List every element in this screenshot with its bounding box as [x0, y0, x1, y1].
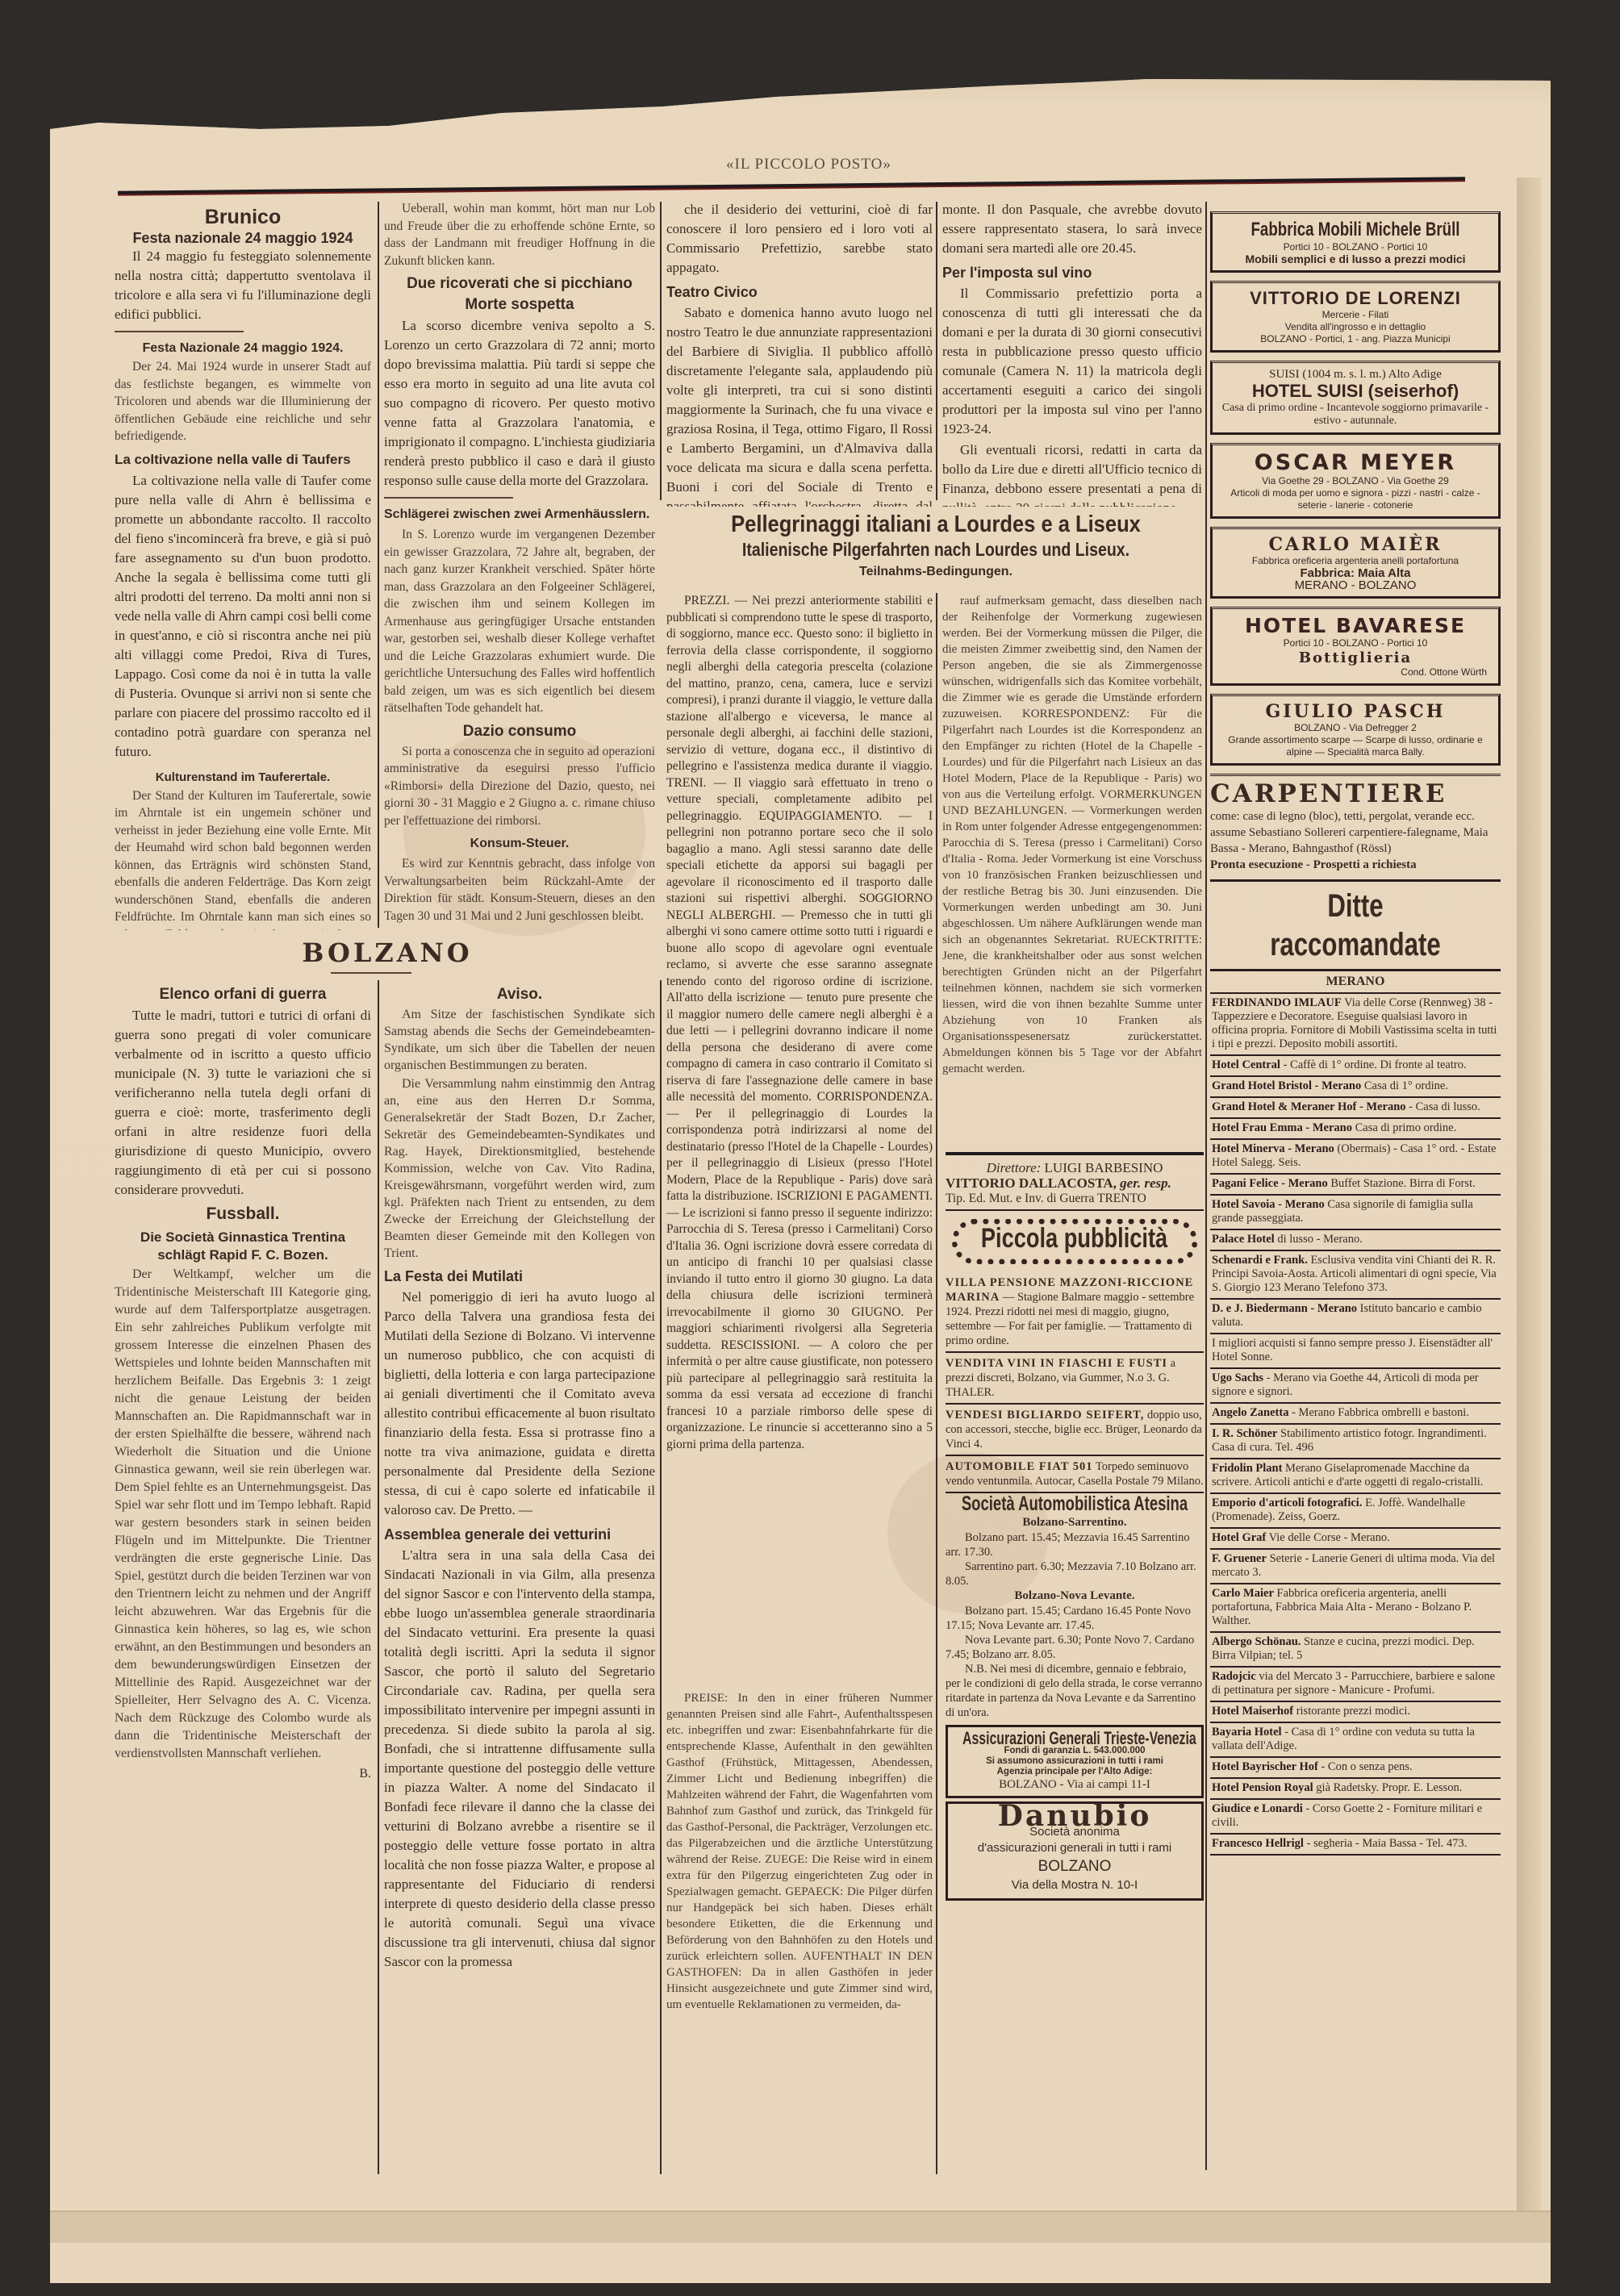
firm-listing: Radojcic via del Mercato 3 - Parrucchier… [1210, 1668, 1501, 1702]
firm-listing: Palace Hotel di lusso - Merano. [1210, 1230, 1501, 1251]
schedule-line: Bolzano part. 15.45; Mezzavia 16.45 Sarr… [946, 1530, 1204, 1559]
firm-listing: Albergo Schönau. Stanze e cucina, prezzi… [1210, 1633, 1501, 1668]
ad-name: HOTEL SUISI (seiserhof) [1216, 381, 1495, 402]
mutilati-title: La Festa dei Mutilati [384, 1267, 655, 1286]
firm-name: Emporio d'articoli fotografici. [1212, 1497, 1362, 1509]
route-2-schedule: Bolzano part. 15.45; Cardano 16.45 Ponte… [946, 1604, 1204, 1720]
firm-description: - Casa di lusso. [1409, 1100, 1480, 1113]
firm-name: Pagani Felice - Merano [1212, 1177, 1328, 1190]
ad-name: HOTEL BAVARESE [1216, 614, 1495, 637]
ad-line: SUISI (1004 m. s. l. m.) Alto Adige [1216, 368, 1495, 381]
small-ad: VENDITA VINI IN FIASCHI E FUSTI a prezzi… [946, 1353, 1204, 1405]
firm-name: Radojcic [1212, 1670, 1256, 1683]
firm-listing: Hotel Maiserhof ristorante prezzi modici… [1210, 1702, 1501, 1723]
firm-description: - Caffè di 1° ordine. Di fronte al teatr… [1284, 1058, 1467, 1071]
ad-line: BOLZANO - Portici, 1 - ang. Piazza Munic… [1216, 333, 1495, 345]
small-ads-banner: Piccola pubblicità [952, 1219, 1197, 1264]
firm-listing: I. R. Schöner Stabilimento artistico fot… [1210, 1425, 1501, 1459]
section-heading-bolzano: BOLZANO [113, 937, 662, 968]
pilgrimage-de-text-2: PREISE: In den in einer früheren Nummer … [666, 1690, 933, 2013]
recommended-firms-banner: Ditte raccomandate [1210, 879, 1501, 971]
ad-hotel-suisi: SUISI (1004 m. s. l. m.) Alto Adige HOTE… [1210, 361, 1501, 435]
insurance-address: BOLZANO - Via ai campi 11-I [951, 1777, 1198, 1793]
ad-line: Via Goethe 29 - BOLZANO - Via Goethe 29 [1216, 475, 1495, 487]
insurance-line: Agenzia principale per l'Alto Adige: [951, 1767, 1198, 1777]
orfani-title: Elenco orfani di guerra [115, 985, 371, 1004]
fussball-subtitle: Die Società Ginnastica Trentina schlägt … [115, 1229, 371, 1264]
firm-listing: Hotel Central - Caffè di 1° ordine. Di f… [1210, 1056, 1501, 1077]
ad-line: BOLZANO - Via Defregger 2 [1216, 722, 1495, 734]
danubio-line: Società anonima [953, 1824, 1196, 1840]
firm-listing: Pagani Felice - Merano Buffet Stazione. … [1210, 1175, 1501, 1196]
firm-listing: FERDINANDO IMLAUF Via delle Corse (Rennw… [1210, 994, 1501, 1056]
firm-description: Casa di primo ordine. [1355, 1121, 1457, 1134]
orfani-text: Tutte le madri, tuttori e tutrici di orf… [115, 1006, 371, 1200]
pilgrimage-title-de: Italienische Pilgerfahrten nach Lourdes … [710, 538, 1163, 561]
schlaegerei-text: In S. Lorenzo wurde im vergangenen Dezem… [384, 526, 655, 717]
small-ad: VENDESI BIGLIARDO SEIFERT, doppio uso, c… [946, 1405, 1204, 1456]
divider [115, 331, 244, 332]
ueberall-text: Ueberall, wohin man kommt, hört man nur … [384, 200, 655, 269]
manager-name: VITTORIO DALLACOSTA, [946, 1175, 1117, 1191]
printer-line: Tip. Ed. Mut. e Inv. di Guerra TRENTO [946, 1191, 1204, 1211]
firm-listing: Schenardi e Frank. Esclusiva vendita vin… [1210, 1251, 1501, 1300]
mutilati-text: Nel pomeriggio di ieri ha avuto luogo al… [384, 1288, 655, 1520]
kulturenstand-text: Der Stand der Kulturen im Tauferertale, … [115, 787, 371, 931]
danubio-city: BOLZANO [953, 1856, 1196, 1877]
imposta-text-2: Gli eventuali ricorsi, redatti in carta … [942, 440, 1202, 507]
firm-listing: Hotel Minerva - Merano (Obermais) - Casa… [1210, 1140, 1501, 1175]
ad-text: come: case di legno (bloc), tetti, pergo… [1210, 808, 1501, 857]
route-1-schedule: Bolzano part. 15.45; Mezzavia 16.45 Sarr… [946, 1530, 1204, 1588]
ad-line: Fabbrica: Maia Alta [1216, 567, 1495, 579]
ad-line: Mercerie - Filati [1216, 309, 1495, 321]
ad-bruell: Fabbrica Mobili Michele Brüll Portici 10… [1210, 211, 1501, 273]
aviso-text-1: Am Sitze der faschistischen Syndikate si… [384, 1006, 655, 1074]
firm-listing: I migliori acquisti si fanno sempre pres… [1210, 1334, 1501, 1369]
firm-name: Hotel Savoia - Merano [1212, 1198, 1325, 1211]
bus-company-title: Società Automobilistica Atesina [955, 1497, 1194, 1512]
firm-name: Palace Hotel [1212, 1233, 1275, 1246]
col4-text: monte. Il don Pasquale, che avrebbe dovu… [942, 200, 1202, 258]
firm-name: Grand Hotel Bristol - Merano [1212, 1079, 1361, 1092]
ad-line: Cond. Ottone Würth [1216, 666, 1495, 678]
firm-description: ristorante prezzi modici. [1296, 1705, 1410, 1718]
firm-name: Bayaria Hotel [1212, 1726, 1282, 1739]
imposta-title: Per l'imposta sul vino [942, 263, 1202, 282]
ad-line: Fabbrica oreficeria argenteria anelli po… [1216, 555, 1495, 567]
fussball-text: Der Weltkampf, welcher um die Tridentini… [115, 1266, 371, 1763]
director-name: LUIGI BARBESINO [1045, 1160, 1163, 1175]
firm-listing: Carlo Maier Fabbrica oreficeria argenter… [1210, 1584, 1501, 1633]
brunico-title: Brunico [115, 205, 371, 229]
firm-name: I. R. Schöner [1212, 1427, 1277, 1440]
insurance-ad-danubio: Danubio Società anonima d'assicurazioni … [946, 1801, 1204, 1901]
firm-name: FERDINANDO IMLAUF [1212, 996, 1342, 1009]
firm-name: Hotel Graf [1212, 1531, 1266, 1544]
pilgrimage-it-text: PREZZI. — Nei prezzi anteriormente stabi… [666, 593, 933, 1453]
firm-name: Hotel Bayrischer Hof [1212, 1760, 1318, 1773]
manager-role: ger. resp. [1120, 1175, 1171, 1191]
ad-hotel-bavarese: HOTEL BAVARESE Portici 10 - BOLZANO - Po… [1210, 607, 1501, 686]
column-divider [660, 980, 662, 2174]
firm-listing: Grand Hotel Bristol - Merano Casa di 1° … [1210, 1077, 1501, 1098]
heading-underline [331, 972, 411, 974]
ad-subtitle: Bottiglieria [1216, 649, 1495, 666]
ad-line: Grande assortimento scarpe — Scarpe di l… [1216, 734, 1495, 758]
divider [384, 497, 513, 499]
coltivazione-title: La coltivazione nella valle di Taufers [115, 450, 371, 470]
aviso-text-2: Die Versammlung nahm einstimmig den Antr… [384, 1075, 655, 1262]
ad-de-lorenzi: VITTORIO DE LORENZI Mercerie - Filati Ve… [1210, 281, 1501, 353]
schedule-line: Bolzano part. 15.45; Cardano 16.45 Ponte… [946, 1604, 1204, 1633]
column-4-lower: Direttore: LUIGI BARBESINO VITTORIO DALL… [946, 1152, 1204, 1901]
teatro-title: Teatro Civico [666, 282, 933, 302]
firm-name: Hotel Maiserhof [1212, 1705, 1293, 1718]
city-heading: MERANO [1210, 971, 1501, 994]
small-ads-title: Piccola pubblicità [981, 1231, 1167, 1246]
firm-name: D. e J. Biedermann - Merano [1212, 1302, 1357, 1315]
ricoverati-text: La scorso dicembre veniva sepolto a S. L… [384, 316, 655, 491]
firm-listing: F. Gruener Seterie - Lanerie Generi di u… [1210, 1550, 1501, 1584]
ad-name: CARLO MAIÈR [1216, 534, 1495, 555]
firm-name: Giudice e Lonardi [1212, 1802, 1303, 1815]
danubio-name: Danubio [953, 1809, 1196, 1824]
firm-listing: Bayaria Hotel - Casa di 1° ordine con ve… [1210, 1723, 1501, 1758]
festa-de-text: Der 24. Mai 1924 wurde in unserer Stadt … [115, 358, 371, 445]
schedule-note: N.B. Nei mesi di dicembre, gennaio e feb… [946, 1662, 1204, 1720]
firm-name: Grand Hotel & Meraner Hof - Merano [1212, 1100, 1406, 1113]
firm-name: Albergo Schönau. [1212, 1635, 1301, 1648]
brunico-text: Il 24 maggio fu festeggiato solennemente… [115, 247, 371, 324]
firm-name: Hotel Central [1212, 1058, 1280, 1071]
director-label: Direttore: [987, 1160, 1042, 1175]
teatro-text: Sabato e domenica hanno avuto luogo nel … [666, 303, 933, 507]
schedule-line: Sarrentino part. 6.30; Mezzavia 7.10 Bol… [946, 1559, 1204, 1588]
ad-line: Portici 10 - BOLZANO - Portici 10 [1216, 637, 1495, 649]
firm-description: - Merano Fabbrica ombrelli e bastoni. [1292, 1406, 1469, 1419]
ad-carlo-maier: CARLO MAIÈR Fabbrica oreficeria argenter… [1210, 527, 1501, 599]
pilgrimage-headline: Pellegrinaggi italiani a Lourdes e a Lis… [670, 511, 1202, 583]
ricoverati-subtitle: Morte sospetta [384, 295, 655, 315]
firm-listing: Fridolin Plant Merano Giselapromenade Ma… [1210, 1459, 1501, 1494]
vetturini-end-text: che il desiderio dei vetturini, cioè di … [666, 200, 933, 278]
ad-giulio-pasch: GIULIO PASCH BOLZANO - Via Defregger 2 G… [1210, 694, 1501, 766]
ad-name: OSCAR MEYER [1216, 450, 1495, 475]
ad-name: VITTORIO DE LORENZI [1216, 288, 1495, 309]
dazio-text: Si porta a conoscenza che in seguito ad … [384, 743, 655, 830]
firm-name: Hotel Minerva - Merano [1212, 1142, 1334, 1155]
firm-description: I migliori acquisti si fanno sempre pres… [1212, 1337, 1493, 1363]
manager-line: VITTORIO DALLACOSTA, ger. resp. [946, 1175, 1204, 1191]
pilgrimage-subtitle: Teilnahms-Bedingungen. [670, 561, 1202, 583]
ad-line: Mobili semplici e di lusso a prezzi modi… [1216, 253, 1495, 265]
firm-listing: Ugo Sachs - Merano via Goethe 44, Artico… [1210, 1369, 1501, 1404]
column-divider [378, 202, 379, 928]
small-ad: AUTOMOBILE FIAT 501 Torpedo seminuovo ve… [946, 1456, 1204, 1493]
aviso-title: Aviso. [384, 985, 655, 1004]
coltivazione-text: La coltivazione nella valle di Taufer co… [115, 471, 371, 762]
pilgrimage-de-continued: PREISE: In den in einer früheren Nummer … [666, 1690, 933, 2174]
column-divider [1205, 202, 1207, 2170]
firm-listing: Grand Hotel & Meraner Hof - Merano - Cas… [1210, 1098, 1501, 1119]
firm-name: Schenardi e Frank. [1212, 1254, 1308, 1267]
schlaegerei-title: Schlägerei zwischen zwei Armenhäusslern. [384, 505, 655, 524]
bolzano-col-1: Elenco orfani di guerra Tutte le madri, … [115, 980, 371, 2174]
small-ad-name: AUTOMOBILE FIAT 501 [946, 1460, 1093, 1473]
ad-name: Fabbrica Mobili Michele Brüll [1246, 219, 1464, 241]
danubio-address: Via della Mostra N. 10-I [953, 1877, 1196, 1893]
pilgrimage-de-text: rauf aufmerksam gemacht, dass dieselben … [942, 593, 1202, 1077]
firm-listing: D. e J. Biedermann - Merano Istituto ban… [1210, 1300, 1501, 1334]
firm-name: Carlo Maier [1212, 1587, 1274, 1600]
firm-listing: Hotel Savoia - Merano Casa signorile di … [1210, 1196, 1501, 1230]
firm-name: Francesco Hellrigl [1212, 1837, 1304, 1850]
imposta-text-1: Il Commissario prefettizio porta a conos… [942, 284, 1202, 439]
ad-line: MERANO - BOLZANO [1216, 579, 1495, 591]
schedule-line: Nova Levante part. 6.30; Ponte Novo 7. C… [946, 1633, 1204, 1662]
column-3-top: che il desiderio dei vetturini, cioè di … [666, 200, 933, 507]
firm-listings: FERDINANDO IMLAUF Via delle Corse (Rennw… [1210, 994, 1501, 1856]
firm-listing: Angelo Zanetta - Merano Fabbrica ombrell… [1210, 1404, 1501, 1425]
danubio-line: d'assicurazioni generali in tutti i rami [953, 1840, 1196, 1856]
page-bottom-edge [50, 2210, 1551, 2243]
ad-line: Vendita all'ingrosso e in dettaglio [1216, 321, 1495, 333]
pilgrimage-left-col: PREZZI. — Nei prezzi anteriormente stabi… [666, 593, 933, 1690]
kulturenstand-title: Kulturenstand im Tauferertale. [115, 768, 371, 787]
firm-name: Fridolin Plant [1212, 1462, 1282, 1475]
bolzano-col-2: Aviso. Am Sitze der faschistischen Syndi… [384, 980, 655, 2174]
brunico-subtitle: Festa nazionale 24 maggio 1924 [115, 229, 371, 247]
small-ad: VILLA PENSIONE MAZZONI-RICCIONE MARINA —… [946, 1272, 1204, 1353]
ricoverati-title: Due ricoverati che si picchiano [384, 274, 655, 294]
ad-name: CARPENTIERE [1210, 779, 1501, 808]
firm-description: - Con o senza pens. [1321, 1760, 1412, 1773]
pilgrimage-title-it: Pellegrinaggi italiani a Lourdes e a Lis… [702, 511, 1171, 538]
ad-footer: Pronta esecuzione - Prospetti a richiest… [1210, 857, 1501, 873]
page-fold-shadow [1517, 177, 1541, 2243]
advertisement-column: Fabbrica Mobili Michele Brüll Portici 10… [1210, 211, 1501, 1856]
assemblea-text: L'altra sera in una sala della Casa dei … [384, 1546, 655, 1972]
firm-description: già Radetsky. Propr. E. Lesson. [1316, 1781, 1462, 1794]
festa-de-title: Festa Nazionale 24 maggio 1924. [115, 339, 371, 358]
firm-description: Buffet Stazione. Birra di Forst. [1330, 1177, 1475, 1190]
insurance-name: Assicurazioni Generali Trieste-Venezia [962, 1730, 1187, 1746]
column-4-top: monte. Il don Pasquale, che avrebbe dovu… [942, 200, 1202, 507]
firm-listing: Francesco Hellrigl - segheria - Maia Bas… [1210, 1835, 1501, 1856]
ad-carpentiere: CARPENTIERE come: case di legno (bloc), … [1210, 774, 1501, 873]
column-divider [936, 593, 937, 2174]
firm-name: Angelo Zanetta [1212, 1406, 1288, 1419]
ad-line: Casa di primo ordine - Incantevole soggi… [1216, 402, 1495, 428]
firm-listing: Hotel Frau Emma - Merano Casa di primo o… [1210, 1119, 1501, 1140]
route-1-title: Bolzano-Sarrentino. [946, 1515, 1204, 1530]
column-divider [378, 980, 379, 2174]
route-2-title: Bolzano-Nova Levante. [946, 1588, 1204, 1604]
insurance-line: Si assumono assicurazioni in tutti i ram… [951, 1756, 1198, 1767]
column-2: Ueberall, wohin man kommt, hört man nur … [384, 200, 655, 930]
firm-name: Hotel Pension Royal [1212, 1781, 1313, 1794]
firm-name: Hotel Frau Emma - Merano [1212, 1121, 1352, 1134]
fussball-signature: B. [115, 1764, 371, 1784]
small-ad-name: VENDESI BIGLIARDO SEIFERT, [946, 1409, 1144, 1421]
ad-line: Portici 10 - BOLZANO - Portici 10 [1216, 241, 1495, 253]
ad-name: GIULIO PASCH [1216, 701, 1495, 722]
firm-listing: Hotel Pension Royal già Radetsky. Propr.… [1210, 1779, 1501, 1800]
firm-listing: Hotel Graf Vie delle Corse - Merano. [1210, 1529, 1501, 1550]
imprint: Direttore: LUIGI BARBESINO VITTORIO DALL… [946, 1152, 1204, 1211]
director-line: Direttore: LUIGI BARBESINO [946, 1160, 1204, 1175]
firm-name: Ugo Sachs [1212, 1371, 1263, 1384]
firm-listing: Emporio d'articoli fotografici. E. Joffè… [1210, 1494, 1501, 1529]
pilgrimage-right-col: rauf aufmerksam gemacht, dass dieselben … [942, 593, 1202, 1150]
firm-description: - segheria - Maia Bassa - Tel. 473. [1307, 1837, 1468, 1850]
firm-description: Vie delle Corse - Merano. [1269, 1531, 1390, 1544]
konsum-title: Konsum-Steuer. [384, 834, 655, 854]
firm-description: Casa di 1° ordine. [1364, 1079, 1448, 1092]
dazio-title: Dazio consumo [384, 722, 655, 741]
assemblea-title: Assemblea generale dei vetturini [384, 1525, 655, 1544]
masthead: «IL PICCOLO POSTO» [726, 156, 891, 173]
column-divider [936, 202, 937, 500]
firm-name: F. Gruener [1212, 1552, 1267, 1565]
insurance-ad-generali: Assicurazioni Generali Trieste-Venezia F… [946, 1725, 1204, 1798]
ad-oscar-meyer: OSCAR MEYER Via Goethe 29 - BOLZANO - Vi… [1210, 443, 1501, 519]
column-1: Brunico Festa nazionale 24 maggio 1924 I… [115, 200, 371, 930]
firm-description: di lusso - Merano. [1277, 1233, 1363, 1246]
fussball-title: Fussball. [115, 1204, 371, 1224]
firm-listing: Hotel Bayrischer Hof - Con o senza pens. [1210, 1758, 1501, 1779]
small-ad-name: VENDITA VINI IN FIASCHI E FUSTI [946, 1357, 1167, 1370]
firm-listing: Giudice e Lonardi - Corso Goette 2 - For… [1210, 1800, 1501, 1835]
ad-line: Articoli di moda per uomo e signora - pi… [1216, 487, 1495, 511]
konsum-text: Es wird zur Kenntnis gebracht, dass info… [384, 855, 655, 925]
column-divider [660, 202, 662, 500]
recommended-firms-title: Ditte raccomandate [1242, 887, 1469, 964]
